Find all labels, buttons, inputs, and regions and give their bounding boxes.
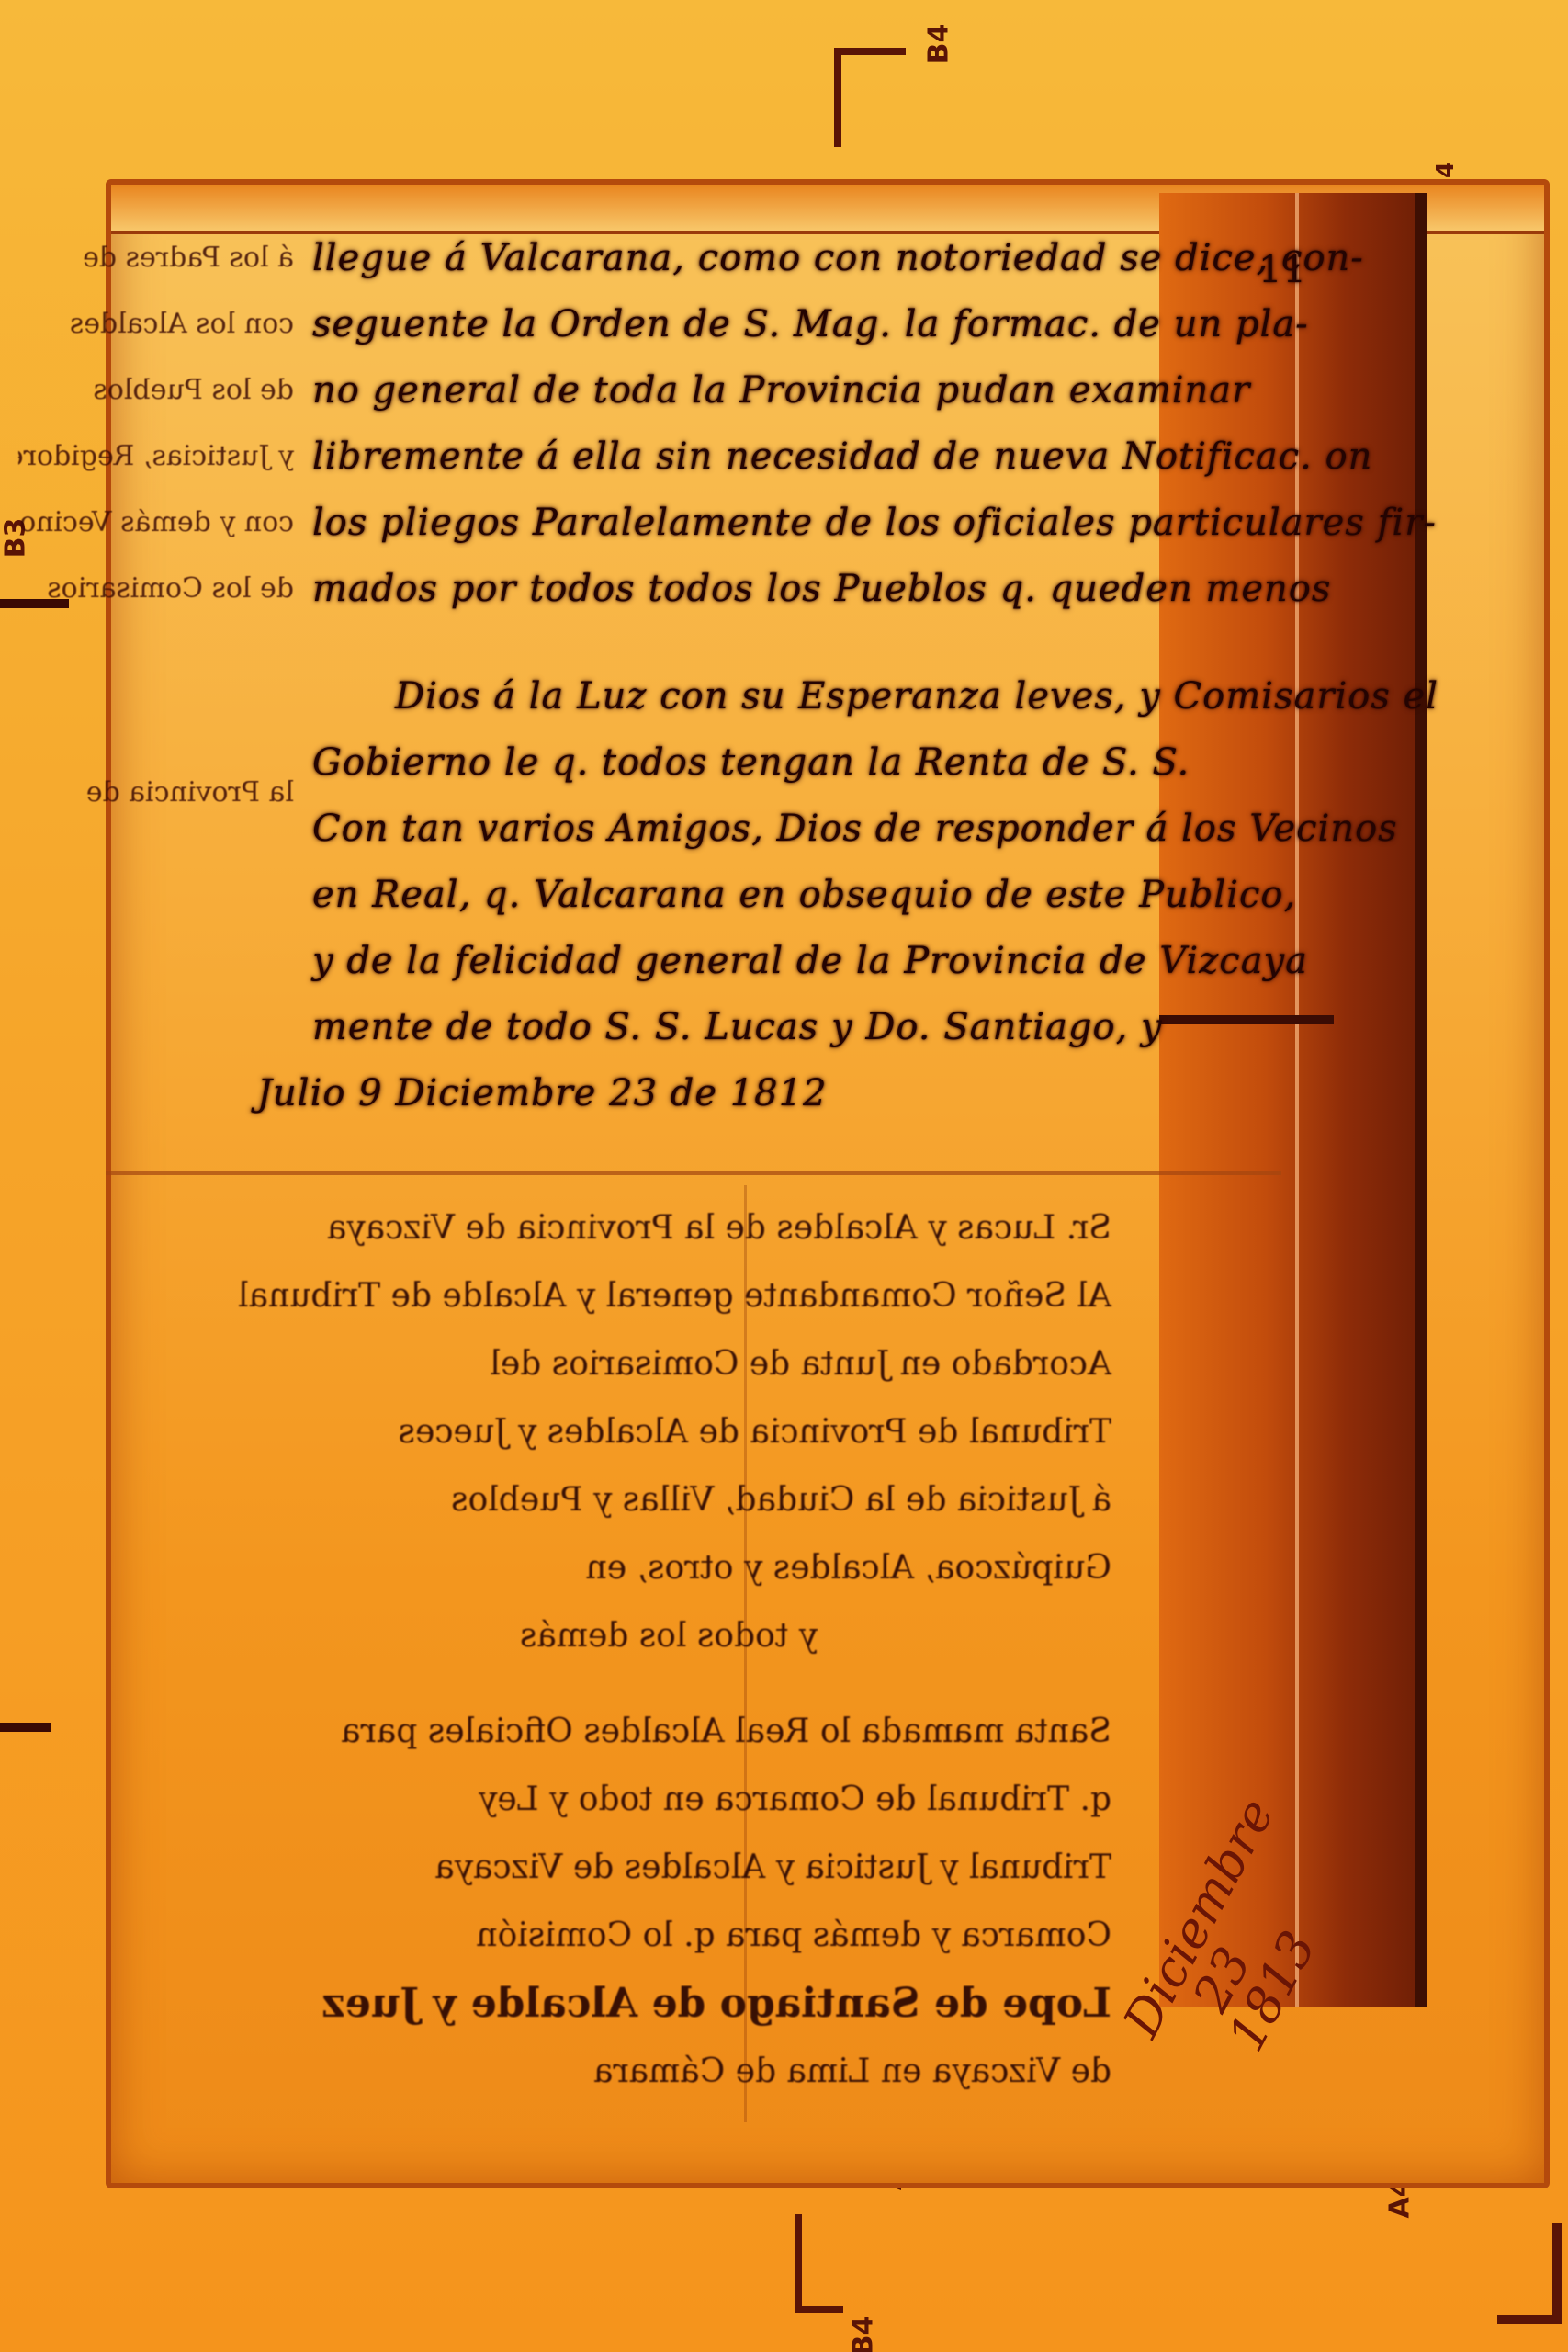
text-line: y todos los demás <box>73 1602 1111 1670</box>
crop-marker-bottom-left <box>795 2214 843 2313</box>
crop-marker-bottom-right <box>1497 2223 1562 2324</box>
signature-line: Lope de Santiago de Alcalde y Juez <box>73 1970 1111 2038</box>
lower-mirrored-text: Sr. Lucas y Alcaldes de la Provincia de … <box>73 1194 1111 2106</box>
crop-marker-top <box>834 48 906 147</box>
text-line: llegue á Valcarana, como con notoriedad … <box>312 225 1438 291</box>
marker-label-top-right: 4 <box>1432 162 1460 178</box>
text-line: Guipúzcoa, Alcaldes y otros, en <box>73 1534 1111 1602</box>
text-line: los pliegos Paralelamente de los oficial… <box>312 490 1438 556</box>
left-tick-lower <box>0 1723 51 1732</box>
date-line: Julio 9 Diciembre 23 de 1812 <box>257 1060 1438 1126</box>
text-line: en Real, q. Valcarana en obsequio de est… <box>312 862 1438 928</box>
text-line: libremente á ella sin necesidad de nueva… <box>312 424 1438 490</box>
text-line: Comarca y demás para q. lo Comisión <box>73 1902 1111 1970</box>
bleed-line: la Provincia de <box>18 760 294 826</box>
bleed-line: á los Padres de <box>18 225 294 291</box>
text-line: Al Señor Comandante general y Alcalde de… <box>73 1262 1111 1330</box>
text-line: Dios á la Luz con su Esperanza leves, y … <box>312 663 1438 729</box>
text-line: á Justicia de la Ciudad, Villas y Pueblo… <box>73 1466 1111 1534</box>
text-line: mente de todo S. S. Lucas y Do. Santiago… <box>312 994 1438 1060</box>
page-fold-line <box>106 1171 1281 1175</box>
margin-bleed-text: á los Padres de con los Alcaldes de los … <box>18 225 294 826</box>
text-line: y de la felicidad general de la Provinci… <box>312 928 1438 994</box>
text-line: Sr. Lucas y Alcaldes de la Provincia de … <box>73 1194 1111 1262</box>
text-line: Acordado en Junta de Comisarios del <box>73 1330 1111 1398</box>
text-line: Santa mamada lo Real Alcaldes Oficiales … <box>73 1698 1111 1766</box>
text-line: seguente la Orden de S. Mag. la formac. … <box>312 291 1438 357</box>
text-line: Tribunal de Provincia de Alcaldes y Juec… <box>73 1398 1111 1466</box>
text-line: no general de toda la Provincia pudan ex… <box>312 357 1438 424</box>
text-line: q. Tribunal de Comarca en todo y Ley <box>73 1766 1111 1834</box>
text-line: de Vizcaya en Lima de Cámara <box>73 2038 1111 2106</box>
bleed-line: y Justicias, Regidores <box>18 424 294 490</box>
marker-label-top: B4 <box>922 24 954 64</box>
bleed-line: de los Pueblos <box>18 357 294 424</box>
upper-handwritten-text: llegue á Valcarana, como con notoriedad … <box>312 225 1438 1126</box>
marker-label-bottom: B4 <box>847 2316 879 2352</box>
text-line: mados por todos todos los Pueblos q. que… <box>312 556 1438 622</box>
bleed-line: de los Comisarios <box>18 556 294 622</box>
text-line: Gobierno le q. todos tengan la Renta de … <box>312 729 1438 796</box>
text-line: Tribunal y Justicia y Alcaldes de Vizcay… <box>73 1834 1111 1902</box>
bleed-line: con los Alcaldes <box>18 291 294 357</box>
bleed-line: con y demás Vecinos <box>18 490 294 556</box>
text-line: Con tan varios Amigos, Dios de responder… <box>312 796 1438 862</box>
